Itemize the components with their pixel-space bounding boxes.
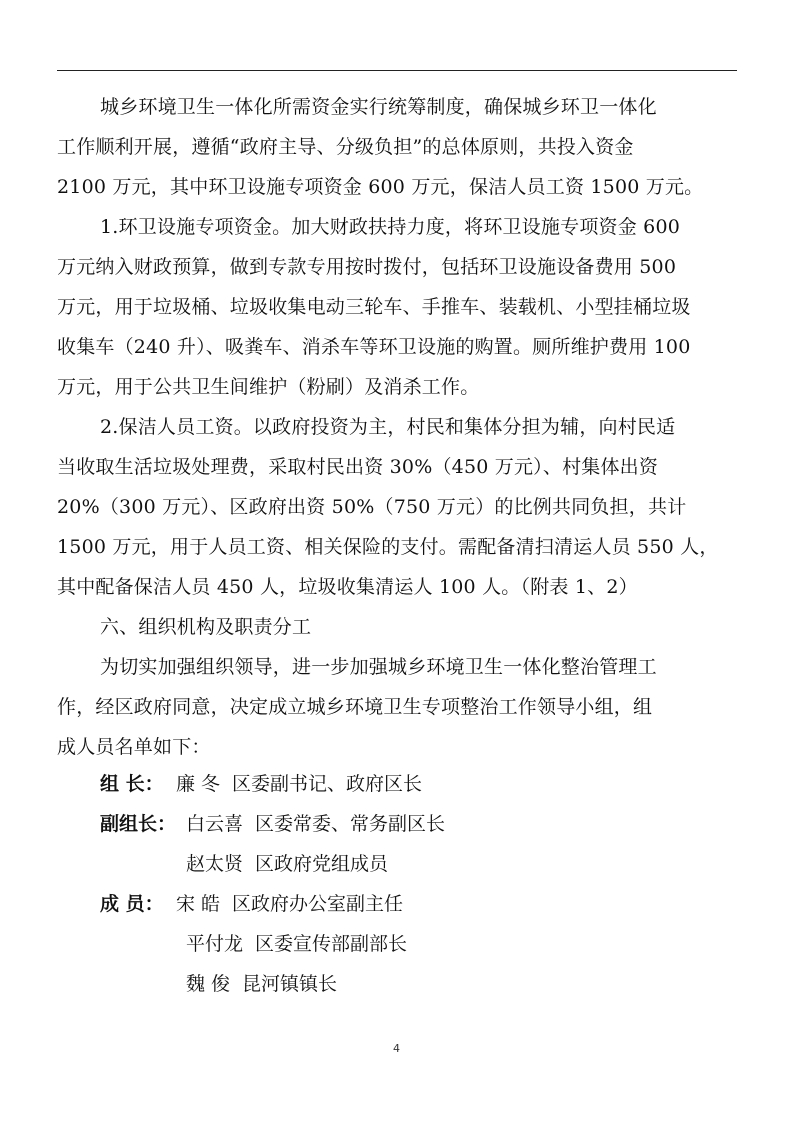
- roster-title: 区委常委、常务副区长: [255, 812, 445, 836]
- roster-row: 副组长：白云喜区委常委、常务副区长: [100, 812, 445, 836]
- paragraph-line: 20%（300 万元）、区政府出资 50%（750 万元）的比例共同负担，共计: [57, 495, 686, 519]
- paragraph-line: 作，经区政府同意，决定成立城乡环境卫生专项整治工作领导小组，组: [57, 695, 652, 719]
- roster-name: 白云喜: [186, 812, 243, 836]
- paragraph-line: 2.保洁人员工资。以政府投资为主，村民和集体分担为辅，向村民适: [100, 415, 675, 439]
- roster-name: 宋 皓: [176, 892, 220, 916]
- paragraph-line: 万元，用于公共卫生间维护（粉刷）及消杀工作。: [57, 375, 479, 399]
- roster-row: 魏 俊昆河镇镇长: [186, 972, 337, 996]
- roster-title: 区委副书记、政府区长: [232, 772, 422, 796]
- paragraph-line: 万元，用于垃圾桶、垃圾收集电动三轮车、手推车、装载机、小型挂桶垃圾: [57, 295, 691, 319]
- roster-role: 成 员：: [100, 892, 176, 916]
- paragraph-line: 工作顺利开展，遵循“政府主导、分级负担”的总体原则，共投入资金: [57, 135, 634, 159]
- paragraph-line: 当收取生活垃圾处理费，采取村民出资 30%（450 万元）、村集体出资: [57, 455, 658, 479]
- roster-title: 区政府党组成员: [255, 852, 388, 876]
- paragraph-line: 其中配备保洁人员 450 人，垃圾收集清运人 100 人。（附表 1、2）: [57, 575, 638, 599]
- roster-role: 副组长：: [100, 812, 186, 836]
- roster-row: 组 长：廉 冬区委副书记、政府区长: [100, 772, 422, 796]
- roster-role: 组 长：: [100, 772, 176, 796]
- section-heading: 六、组织机构及职责分工: [100, 615, 311, 639]
- paragraph-line: 收集车（240 升）、吸粪车、消杀车等环卫设施的购置。厕所维护费用 100: [57, 335, 691, 359]
- roster-name: 平付龙: [186, 932, 243, 956]
- roster-name: 廉 冬: [176, 772, 220, 796]
- roster-title: 区政府办公室副主任: [232, 892, 403, 916]
- roster-name: 魏 俊: [186, 972, 230, 996]
- roster-name: 赵太贤: [186, 852, 243, 876]
- paragraph-line: 成人员名单如下：: [57, 735, 211, 759]
- header-rule: [57, 70, 737, 71]
- page-number: 4: [0, 1042, 793, 1055]
- roster-row: 赵太贤区政府党组成员: [186, 852, 388, 876]
- paragraph-line: 1.环卫设施专项资金。加大财政扶持力度，将环卫设施专项资金 600: [100, 215, 680, 239]
- roster-title: 昆河镇镇长: [242, 972, 337, 996]
- roster-row: 平付龙区委宣传部副部长: [186, 932, 407, 956]
- paragraph-line: 2100 万元，其中环卫设施专项资金 600 万元，保洁人员工资 1500 万元…: [57, 175, 703, 199]
- paragraph-line: 1500 万元，用于人员工资、相关保险的支付。需配备清扫清运人员 550 人，: [57, 535, 719, 559]
- roster-row: 成 员：宋 皓区政府办公室副主任: [100, 892, 403, 916]
- paragraph-line: 万元纳入财政预算，做到专款专用按时拨付，包括环卫设施设备费用 500: [57, 255, 676, 279]
- roster-title: 区委宣传部副部长: [255, 932, 407, 956]
- paragraph-line: 城乡环境卫生一体化所需资金实行统筹制度，确保城乡环卫一体化: [100, 95, 657, 119]
- paragraph-line: 为切实加强组织领导，进一步加强城乡环境卫生一体化整治管理工: [100, 655, 657, 679]
